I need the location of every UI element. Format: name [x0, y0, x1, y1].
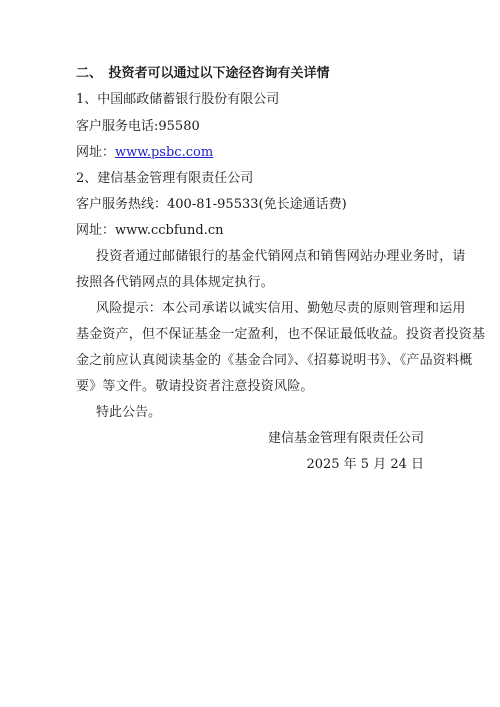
- section-number: 二、: [76, 64, 104, 84]
- closing-text: 特此公告。: [96, 403, 426, 423]
- contact-2-phone-label: 客户服务热线：: [76, 197, 167, 212]
- contact-1-site: 网址：www.psbc.com: [76, 143, 426, 163]
- contact-2-site-label: 网址：: [76, 223, 115, 238]
- paragraph-1-line-2: 按照各代销网点的具体规定执行。: [76, 273, 426, 293]
- contact-2-phone: 客户服务热线：400-81-95533(免长途通话费): [76, 195, 426, 215]
- section-title: 投资者可以通过以下途径咨询有关详情: [109, 66, 330, 81]
- signature-company: 建信基金管理有限责任公司: [268, 429, 424, 449]
- contact-2-name: 2、建信基金管理有限责任公司: [76, 169, 426, 189]
- risk-line-1: 风险提示：本公司承诺以诚实信用、勤勉尽责的原则管理和运用: [96, 299, 426, 319]
- document-page: 二、 投资者可以通过以下途径咨询有关详情 1、中国邮政储蓄银行股份有限公司 客户…: [0, 0, 500, 707]
- section-heading: 二、 投资者可以通过以下途径咨询有关详情: [76, 64, 426, 84]
- signature-date: 2025 年 5 月 24 日: [306, 455, 424, 475]
- contact-1-phone-value: 95580: [158, 119, 199, 134]
- contact-1-phone: 客户服务电话:95580: [76, 117, 426, 137]
- psbc-website-link[interactable]: www.psbc.com: [115, 145, 213, 160]
- contact-1-phone-label: 客户服务电话:: [76, 119, 158, 134]
- paragraph-1-line-1: 投资者通过邮储银行的基金代销网点和销售网站办理业务时，请: [96, 247, 426, 267]
- risk-line-2: 基金资产，但不保证基金一定盈利，也不保证最低收益。投资者投资基: [76, 325, 426, 345]
- risk-line-4: 要》等文件。敬请投资者注意投资风险。: [76, 377, 426, 397]
- contact-1-site-label: 网址：: [76, 145, 115, 160]
- risk-line-3: 金之前应认真阅读基金的《基金合同》、《招募说明书》、《产品资料概: [76, 351, 426, 371]
- contact-1-name: 1、中国邮政储蓄银行股份有限公司: [76, 90, 426, 110]
- contact-2-site: 网址：www.ccbfund.cn: [76, 221, 426, 241]
- ccbfund-website-text: www.ccbfund.cn: [115, 223, 224, 238]
- contact-2-phone-value: 400-81-95533(免长途通话费): [167, 197, 347, 212]
